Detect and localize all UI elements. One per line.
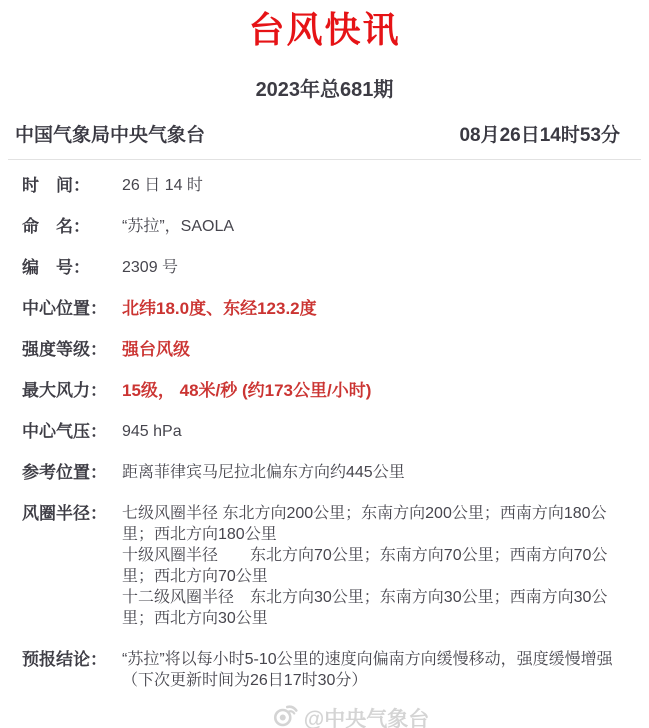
publish-time: 08月26日14时53分 [459,124,620,148]
field-row-center-position: 中心位置： 北纬18.0度、东经123.2度 [0,298,649,319]
forecast-text: “苏拉”将以每小时5-10公里的速度向偏南方向缓慢移动，强度缓慢增强 [122,649,624,670]
field-label: 风圈半径： [22,503,122,524]
field-value: 七级风圈半径 东北方向200公里；东南方向200公里；西南方向180公里；西北方… [122,503,624,629]
issue-number: 2023年总681期 [0,79,649,101]
org-name: 中国气象局中央气象台 [15,124,205,148]
field-label: 参考位置： [22,462,122,483]
field-value-emphasis: 强台风级 [122,339,624,360]
field-value: 26 日 14 时 [122,175,624,196]
field-row-number: 编 号： 2309 号 [0,257,649,278]
wind-circle-line-12: 十二级风圈半径 东北方向30公里；东南方向30公里；西南方向30公里；西北方向3… [122,587,624,629]
watermark: @中央气象台 [272,703,429,728]
header-divider [8,159,641,160]
field-row-wind-circle-radius: 风圈半径： 七级风圈半径 东北方向200公里；东南方向200公里；西南方向180… [0,503,649,629]
field-value-emphasis: 15级， 48米/秒 (约173公里/小时) [122,380,624,401]
bulletin-fields: 时 间： 26 日 14 时 命 名： “苏拉”，SAOLA 编 号： 2309… [0,175,649,691]
page-title: 台风快讯 [0,8,649,52]
field-label: 编 号： [22,257,122,278]
field-label: 命 名： [22,216,122,237]
field-value: 2309 号 [122,257,624,278]
field-row-name: 命 名： “苏拉”，SAOLA [0,216,649,237]
field-label: 强度等级： [22,339,122,360]
field-row-reference-position: 参考位置： 距离菲律宾马尼拉北偏东方向约445公里 [0,462,649,483]
field-value: “苏拉”，SAOLA [122,216,624,237]
field-value: 945 hPa [122,421,624,442]
field-label: 预报结论： [22,649,122,670]
next-update-time: （下次更新时间为26日17时30分） [122,670,624,691]
typhoon-bulletin: 台风快讯 2023年总681期 中国气象局中央气象台 08月26日14时53分 … [0,8,649,728]
field-value-emphasis: 北纬18.0度、东经123.2度 [122,298,624,319]
field-label: 中心位置： [22,298,122,319]
watermark-text: @中央气象台 [304,703,429,728]
field-row-center-pressure: 中心气压： 945 hPa [0,421,649,442]
header-row: 中国气象局中央气象台 08月26日14时53分 [0,124,649,148]
field-row-intensity: 强度等级： 强台风级 [0,339,649,360]
field-label: 中心气压： [22,421,122,442]
wind-circle-line-7: 七级风圈半径 东北方向200公里；东南方向200公里；西南方向180公里；西北方… [122,503,624,545]
field-row-max-wind: 最大风力： 15级， 48米/秒 (约173公里/小时) [0,380,649,401]
field-value: “苏拉”将以每小时5-10公里的速度向偏南方向缓慢移动，强度缓慢增强 （下次更新… [122,649,624,691]
field-label: 时 间： [22,175,122,196]
field-row-forecast-conclusion: 预报结论： “苏拉”将以每小时5-10公里的速度向偏南方向缓慢移动，强度缓慢增强… [0,649,649,691]
field-row-time: 时 间： 26 日 14 时 [0,175,649,196]
weibo-eye-icon [272,703,299,728]
field-value: 距离菲律宾马尼拉北偏东方向约445公里 [122,462,624,483]
field-label: 最大风力： [22,380,122,401]
wind-circle-line-10: 十级风圈半径 东北方向70公里；东南方向70公里；西南方向70公里；西北方向70… [122,545,624,587]
